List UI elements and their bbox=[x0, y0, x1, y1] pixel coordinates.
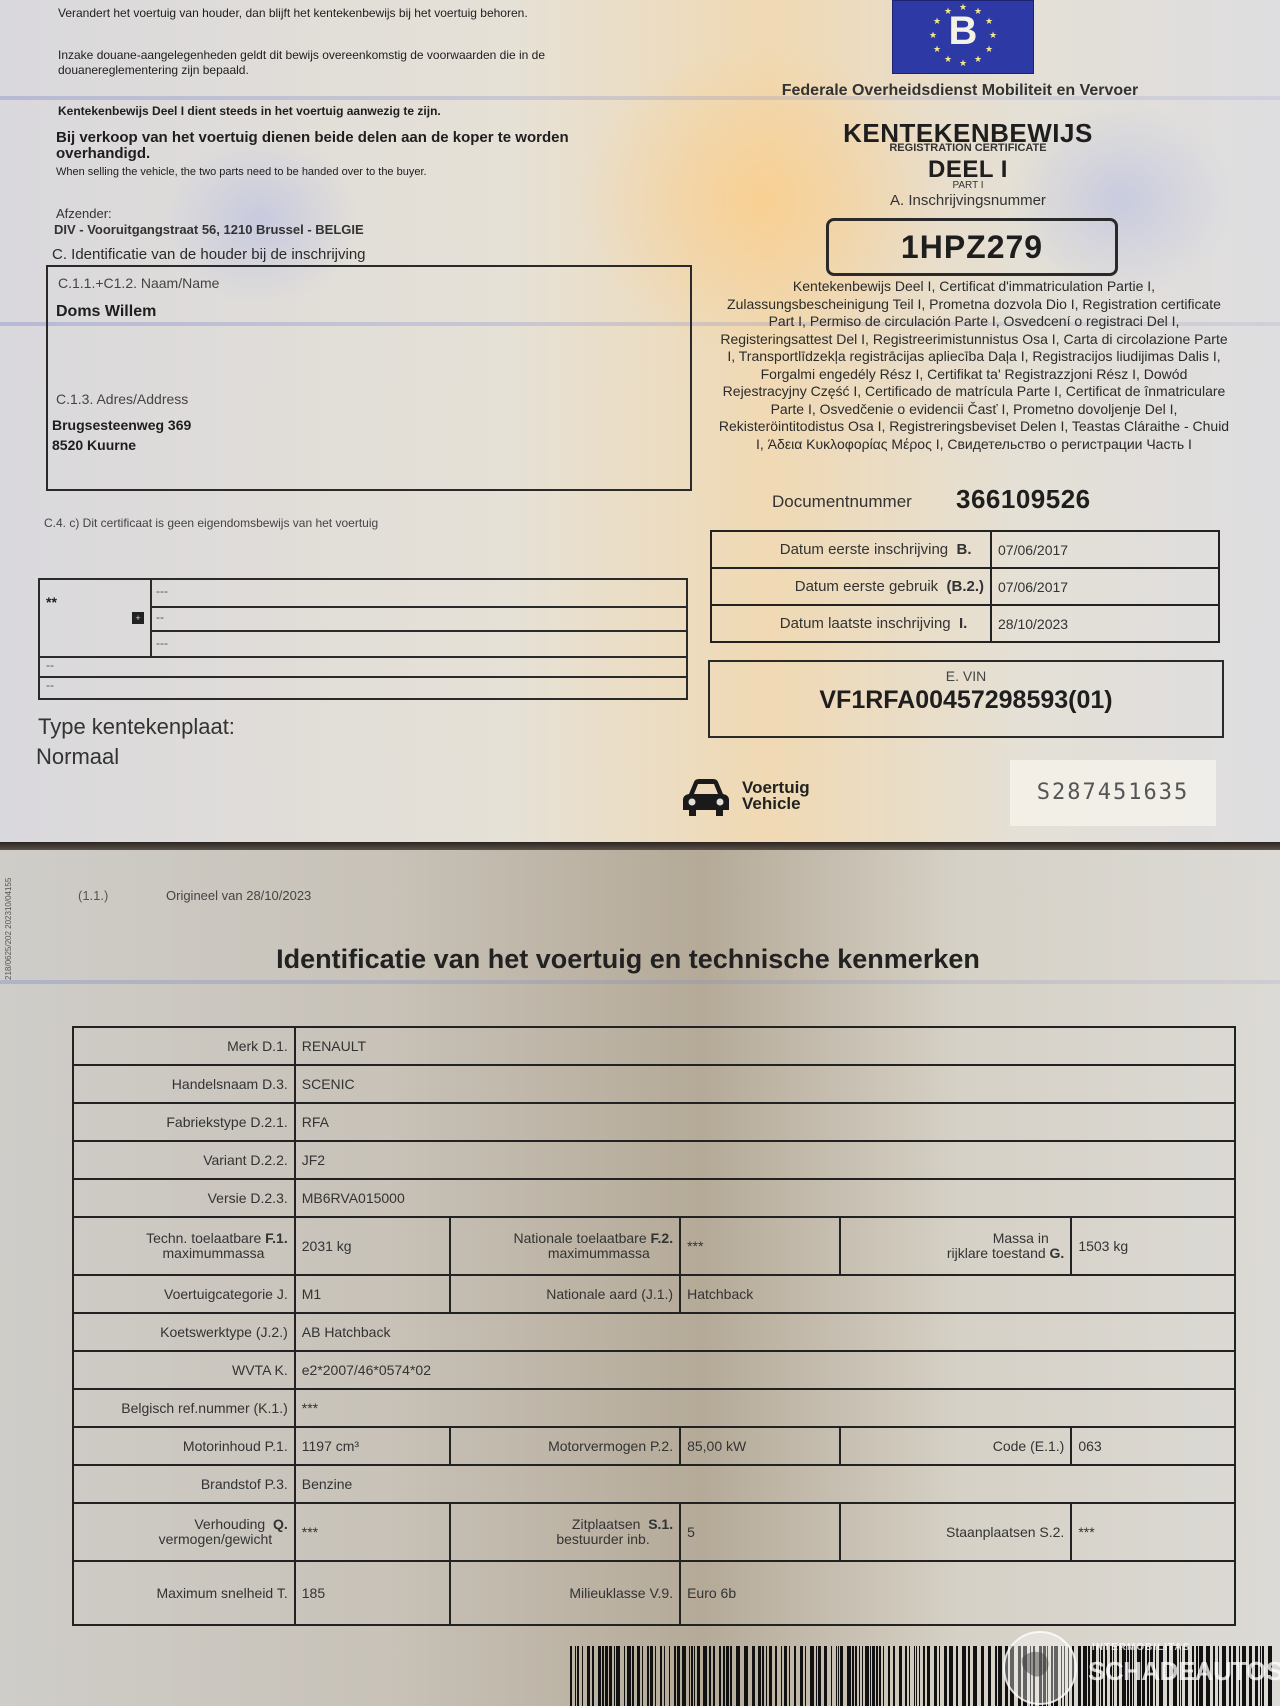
plate-type-value: Normaal bbox=[36, 744, 119, 770]
extra-row: -- bbox=[46, 658, 54, 672]
spec-row: Verhouding Q.vermogen/gewicht *** Zitpla… bbox=[73, 1503, 1235, 1561]
stars-marker: ** bbox=[46, 594, 57, 610]
spec-row: Voertuigcategorie J. M1 Nationale aard (… bbox=[73, 1275, 1235, 1313]
registration-part-1: Verandert het voertuig van houder, dan b… bbox=[0, 0, 1280, 845]
divider bbox=[150, 580, 152, 656]
vin-label: E. VIN bbox=[710, 668, 1222, 684]
spec-label: Merk D.1. bbox=[73, 1027, 295, 1065]
spec-label: Techn. toelaatbare F.1.maximummassa bbox=[73, 1217, 295, 1275]
watermark: INTERMOBILITAS SCHADEAUTOS.NL bbox=[1000, 1620, 1280, 1706]
extra-row: -- bbox=[156, 610, 164, 624]
spec-label: Code (E.1.) bbox=[840, 1427, 1072, 1465]
vehicle-badge-en: Vehicle bbox=[742, 796, 810, 812]
date-label: Datum eerste gebruik (B.2.) bbox=[711, 568, 991, 605]
vin-box: E. VIN VF1RFA00457298593(01) bbox=[708, 660, 1224, 738]
original-date: Origineel van 28/10/2023 bbox=[166, 888, 311, 903]
divider bbox=[150, 630, 686, 632]
spec-label: Motorvermogen P.2. bbox=[450, 1427, 680, 1465]
spec-value: Euro 6b bbox=[680, 1561, 1235, 1625]
spec-value: Benzine bbox=[295, 1465, 1235, 1503]
spec-label: Nationale toelaatbare F.2.maximummassa bbox=[450, 1217, 680, 1275]
kingdom-caption: KINGDOM OF BELGIUM bbox=[1108, 0, 1229, 3]
date-row: Datum eerste inschrijving B. 07/06/2017 bbox=[711, 531, 1219, 568]
notice-sale: Bij verkoop van het voertuig dienen beid… bbox=[56, 130, 616, 162]
watermark-large: SCHADEAUTOS.NL bbox=[1088, 1656, 1280, 1687]
spec-value: 85,00 kW bbox=[680, 1427, 840, 1465]
document-number-label: Documentnummer bbox=[772, 492, 912, 512]
divider bbox=[40, 656, 686, 658]
spec-label: WVTA K. bbox=[73, 1351, 295, 1389]
spec-value: 1197 cm³ bbox=[295, 1427, 451, 1465]
spec-value: RFA bbox=[295, 1103, 1235, 1141]
sender-address: DIV - Vooruitgangstraat 56, 1210 Brussel… bbox=[54, 222, 364, 237]
eu-flag: ★★★★★★★★★★★★ B bbox=[892, 0, 1034, 74]
spec-label: Versie D.2.3. bbox=[73, 1179, 295, 1217]
holder-address-line2: 8520 Kuurne bbox=[52, 437, 136, 453]
spec-row: Koetswerktype (J.2.) AB Hatchback bbox=[73, 1313, 1235, 1351]
spec-value: RENAULT bbox=[295, 1027, 1235, 1065]
registration-number: 1HPZ279 bbox=[826, 218, 1118, 276]
spec-value: *** bbox=[295, 1389, 1235, 1427]
spec-label: Staanplaatsen S.2. bbox=[840, 1503, 1072, 1561]
technical-title: Identificatie van het voertuig en techni… bbox=[0, 944, 1256, 975]
document-number: 366109526 bbox=[956, 484, 1091, 515]
spec-value: AB Hatchback bbox=[295, 1313, 1235, 1351]
spec-label: Brandstof P.3. bbox=[73, 1465, 295, 1503]
notice-sale-en: When selling the vehicle, the two parts … bbox=[56, 166, 427, 178]
spec-value: *** bbox=[1071, 1503, 1235, 1561]
authority-name: Federale Overheidsdienst Mobiliteit en V… bbox=[700, 82, 1220, 100]
spec-label: Nationale aard (J.1.) bbox=[450, 1275, 680, 1313]
spec-row: Maximum snelheid T. 185 Milieuklasse V.9… bbox=[73, 1561, 1235, 1625]
date-label: Datum eerste inschrijving B. bbox=[711, 531, 991, 568]
date-value: 28/10/2023 bbox=[991, 605, 1219, 642]
spec-value: JF2 bbox=[295, 1141, 1235, 1179]
spec-value: *** bbox=[295, 1503, 451, 1561]
spec-label: Fabriekstype D.2.1. bbox=[73, 1103, 295, 1141]
date-label: Datum laatste inschrijving I. bbox=[711, 605, 991, 642]
spec-value: 1503 kg bbox=[1071, 1217, 1235, 1275]
spec-label: Motorinhoud P.1. bbox=[73, 1427, 295, 1465]
divider bbox=[40, 676, 686, 678]
date-value: 07/06/2017 bbox=[991, 568, 1219, 605]
plate-type-label: Type kentekenplaat: bbox=[38, 714, 235, 740]
spec-value: 185 bbox=[295, 1561, 451, 1625]
spec-row: Merk D.1. RENAULT bbox=[73, 1027, 1235, 1065]
spec-value: Hatchback bbox=[680, 1275, 1235, 1313]
document-title-en: REGISTRATION CERTIFICATE bbox=[700, 142, 1236, 154]
ownership-note: C.4. c) Dit certificaat is geen eigendom… bbox=[44, 516, 378, 530]
spec-value: 5 bbox=[680, 1503, 840, 1561]
spec-label: Koetswerktype (J.2.) bbox=[73, 1313, 295, 1351]
spec-row: Brandstof P.3. Benzine bbox=[73, 1465, 1235, 1503]
spec-row: WVTA K. e2*2007/46*0574*02 bbox=[73, 1351, 1235, 1389]
car-icon bbox=[681, 776, 731, 818]
spec-row: Motorinhoud P.1. 1197 cm³ Motorvermogen … bbox=[73, 1427, 1235, 1465]
date-row: Datum eerste gebruik (B.2.) 07/06/2017 bbox=[711, 568, 1219, 605]
watermark-small: INTERMOBILITAS bbox=[1092, 1642, 1190, 1653]
spec-value: e2*2007/46*0574*02 bbox=[295, 1351, 1235, 1389]
extra-info-box: ** + --- -- --- -- -- bbox=[38, 578, 688, 700]
date-value: 07/06/2017 bbox=[991, 531, 1219, 568]
plus-icon: + bbox=[132, 612, 144, 624]
spec-label: Milieuklasse V.9. bbox=[450, 1561, 680, 1625]
languages-text: Kentekenbewijs Deel I, Certificat d'imma… bbox=[718, 278, 1230, 453]
notice-owner-change: Verandert het voertuig van houder, dan b… bbox=[58, 6, 618, 21]
notice-customs: Inzake douane-aangelegenheden geldt dit … bbox=[58, 48, 638, 78]
date-row: Datum laatste inschrijving I. 28/10/2023 bbox=[711, 605, 1219, 642]
copy-code: (1.1.) bbox=[78, 888, 108, 903]
tear-line bbox=[0, 842, 1280, 850]
spec-row: Belgisch ref.nummer (K.1.) *** bbox=[73, 1389, 1235, 1427]
registration-label: A. Inschrijvingsnummer bbox=[700, 192, 1236, 209]
dates-table: Datum eerste inschrijving B. 07/06/2017 … bbox=[710, 530, 1220, 643]
spec-row: Variant D.2.2. JF2 bbox=[73, 1141, 1235, 1179]
spec-label: Massa in rijklare toestand G. bbox=[840, 1217, 1072, 1275]
holder-name: Doms Willem bbox=[56, 303, 156, 321]
divider bbox=[150, 606, 686, 608]
spec-label: Belgisch ref.nummer (K.1.) bbox=[73, 1389, 295, 1427]
holder-section-label: C. Identificatie van de houder bij de in… bbox=[52, 246, 366, 263]
spec-label: Zitplaatsen S.1.bestuurder inb. bbox=[450, 1503, 680, 1561]
spec-row: Handelsnaam D.3. SCENIC bbox=[73, 1065, 1235, 1103]
document-part-en: PART I bbox=[700, 180, 1236, 191]
vin-value: VF1RFA00457298593(01) bbox=[710, 686, 1222, 715]
extra-row: --- bbox=[156, 636, 168, 650]
spec-label: Variant D.2.2. bbox=[73, 1141, 295, 1179]
holder-address-label: C.1.3. Adres/Address bbox=[56, 391, 188, 407]
eu-caption: EUROPEAN UNION bbox=[680, 0, 778, 3]
holder-name-label: C.1.1.+C1.2. Naam/Name bbox=[58, 275, 219, 291]
holder-address-line1: Brugsesteenweg 369 bbox=[52, 417, 191, 433]
spec-label: Maximum snelheid T. bbox=[73, 1561, 295, 1625]
spec-row: Versie D.2.3. MB6RVA015000 bbox=[73, 1179, 1235, 1217]
spec-label: Voertuigcategorie J. bbox=[73, 1275, 295, 1313]
holder-box: C.1.1.+C1.2. Naam/Name Doms Willem C.1.3… bbox=[46, 265, 692, 491]
technical-specs-table: Merk D.1. RENAULT Handelsnaam D.3. SCENI… bbox=[72, 1026, 1236, 1626]
spec-row: Techn. toelaatbare F.1.maximummassa 2031… bbox=[73, 1217, 1235, 1275]
notice-keep-in-vehicle: Kentekenbewijs Deel I dient steeds in he… bbox=[58, 104, 441, 118]
spec-value: M1 bbox=[295, 1275, 451, 1313]
extra-row: -- bbox=[46, 678, 54, 692]
spec-row: Fabriekstype D.2.1. RFA bbox=[73, 1103, 1235, 1141]
spec-value: MB6RVA015000 bbox=[295, 1179, 1235, 1217]
spec-value: SCENIC bbox=[295, 1065, 1235, 1103]
vehicle-badge-label: Voertuig Vehicle bbox=[742, 780, 810, 812]
sender-label: Afzender: bbox=[56, 206, 112, 221]
globe-icon bbox=[1000, 1628, 1080, 1706]
spec-value: 2031 kg bbox=[295, 1217, 451, 1275]
security-band bbox=[0, 980, 1280, 984]
spec-value: 063 bbox=[1071, 1427, 1235, 1465]
spec-value: *** bbox=[680, 1217, 840, 1275]
country-letter: B bbox=[893, 9, 1033, 54]
spec-label: Verhouding Q.vermogen/gewicht bbox=[73, 1503, 295, 1561]
extra-row: --- bbox=[156, 584, 168, 598]
spec-label: Handelsnaam D.3. bbox=[73, 1065, 295, 1103]
serial-number: S287451635 bbox=[1010, 760, 1216, 826]
